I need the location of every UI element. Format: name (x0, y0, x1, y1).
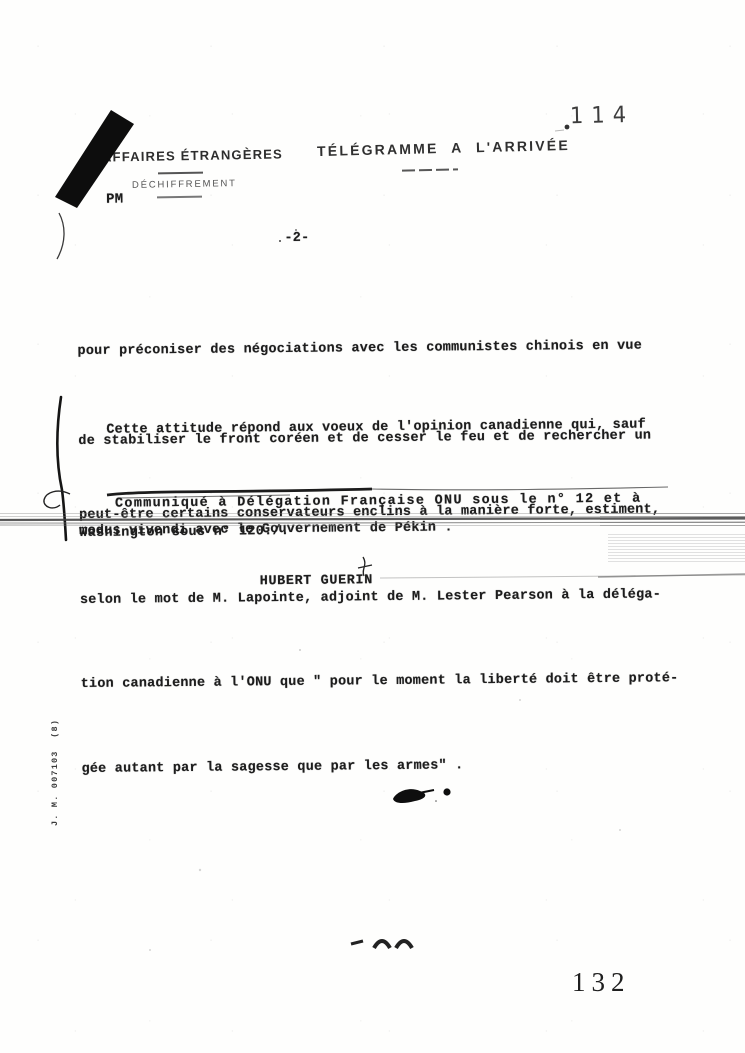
paragraph-2-line: gée autant par la sagesse que par les ar… (81, 750, 679, 784)
telegram-scan-page: AFFAIRES ÉTRANGÈRES DÉCHIFFREMENT TÉLÉGR… (0, 0, 745, 1053)
paragraph-2-line: tion canadienne à l'ONU que " pour le mo… (81, 666, 679, 700)
communique-line-2: Washington sous n° 120./. (79, 524, 289, 541)
typewritten-body: PM -2- pour préconiser des négociations … (0, 0, 745, 1053)
signature-name: HUBERT GUERIN (260, 573, 373, 589)
initials: PM (106, 192, 123, 208)
paragraph-2-line: selon le mot de M. Lapointe, adjoint de … (80, 581, 678, 615)
paragraph-2-line: Cette attitude répond aux voeux de l'opi… (78, 412, 676, 446)
paragraph-2: Cette attitude répond aux voeux de l'opi… (78, 355, 680, 840)
page-number-marker: -2- (284, 231, 309, 246)
